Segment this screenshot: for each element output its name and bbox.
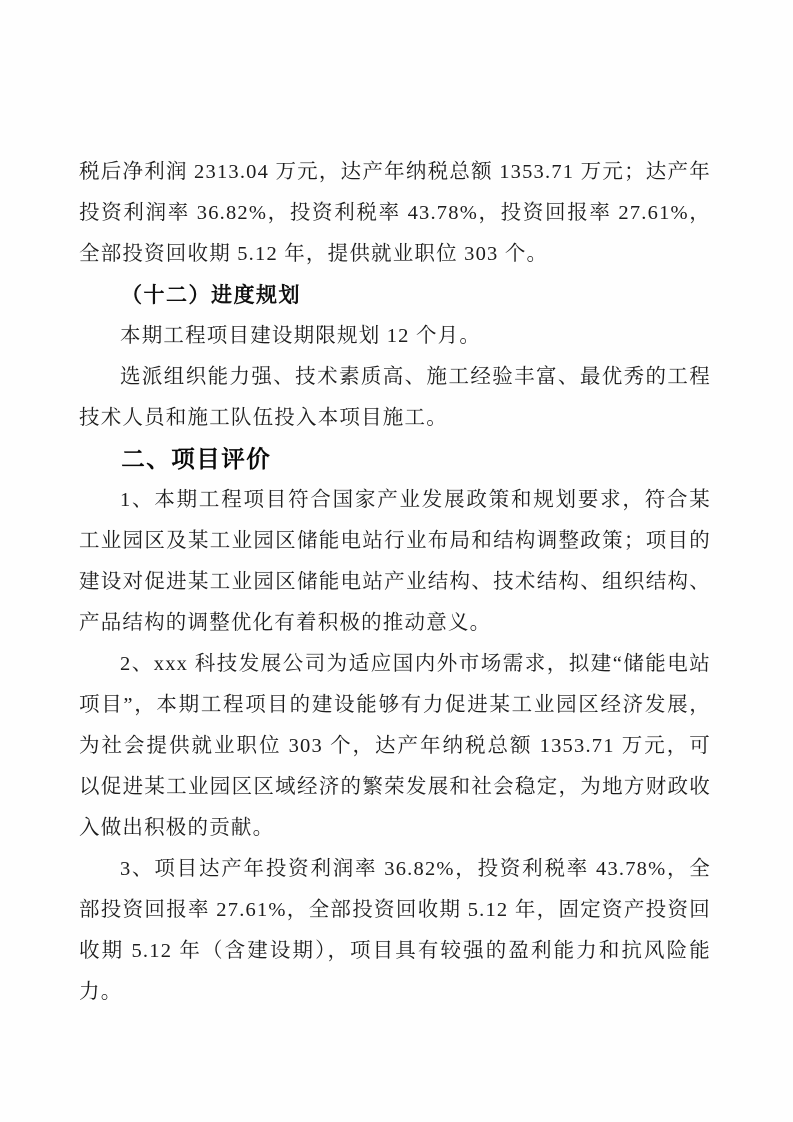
- paragraph-evaluation-economy: 2、xxx 科技发展公司为适应国内外市场需求，拟建“储能电站项目”，本期工程项目…: [79, 644, 711, 849]
- paragraph-evaluation-policy: 1、本期工程项目符合国家产业发展政策和规划要求，符合某工业园区及某工业园区储能电…: [79, 480, 711, 644]
- document-page: 税后净利润 2313.04 万元，达产年纳税总额 1353.71 万元；达产年投…: [0, 0, 793, 1122]
- paragraph-construction-period: 本期工程项目建设期限规划 12 个月。: [79, 316, 711, 357]
- heading-schedule-plan: （十二）进度规划: [79, 275, 711, 316]
- paragraph-team-selection: 选派组织能力强、技术素质高、施工经验丰富、最优秀的工程技术人员和施工队伍投入本项…: [79, 357, 711, 439]
- paragraph-evaluation-returns: 3、项目达产年投资利润率 36.82%，投资利税率 43.78%，全部投资回报率…: [79, 849, 711, 1013]
- paragraph-financial-summary: 税后净利润 2313.04 万元，达产年纳税总额 1353.71 万元；达产年投…: [79, 152, 711, 275]
- heading-project-evaluation: 二、项目评价: [79, 439, 711, 480]
